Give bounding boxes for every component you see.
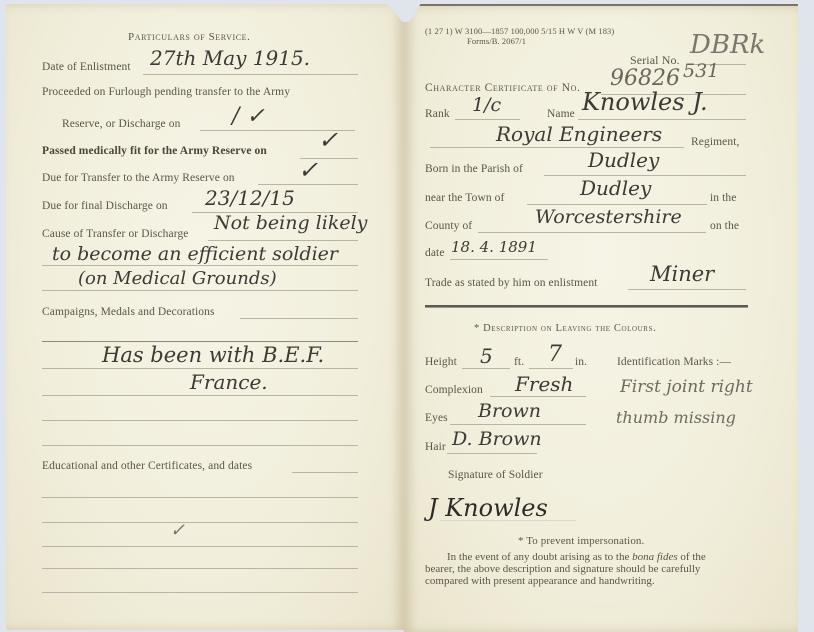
- form-reference-line-1: (1 27 1) W 3100—1857 100,000 5/15 H W V …: [425, 26, 614, 36]
- value-eyes: Brown: [478, 400, 541, 422]
- label-in: in.: [575, 356, 587, 368]
- value-certificate-extra: 531: [683, 60, 719, 82]
- footnote-italic: bona fides: [632, 551, 678, 563]
- value-trade: Miner: [650, 262, 714, 286]
- field-line: [42, 368, 358, 369]
- field-line: [42, 568, 358, 569]
- value-date-of-enlistment: 27th May 1915.: [150, 46, 310, 70]
- field-line: [42, 445, 358, 446]
- field-line: [143, 74, 358, 75]
- field-line: [208, 240, 358, 241]
- field-line: [527, 204, 707, 205]
- section-title-particulars: Particulars of Service.: [128, 31, 251, 43]
- label-date: date: [425, 247, 445, 259]
- value-cause-of-discharge: Not being likely: [214, 212, 367, 234]
- value-regiment: Royal Engineers: [496, 122, 662, 146]
- field-line: [529, 368, 573, 369]
- value-signature: J Knowles: [428, 494, 548, 522]
- field-line: [240, 318, 358, 319]
- label-complexion: Complexion: [425, 384, 483, 396]
- label-signature-of-soldier: Signature of Soldier: [448, 469, 543, 481]
- field-line: [578, 119, 746, 120]
- value-campaigns-line-2: France.: [190, 370, 268, 394]
- label-reserve-discharge: Reserve, or Discharge on: [62, 118, 180, 130]
- label-educational-certificates: Educational and other Certificates, and …: [42, 460, 252, 472]
- value-identification-marks-1: First joint right: [620, 377, 753, 397]
- label-on-the: on the: [710, 220, 739, 232]
- field-line: [462, 368, 510, 369]
- label-identification-marks: Identification Marks :—: [617, 356, 731, 368]
- value-date-of-birth: 18. 4. 1891: [451, 238, 537, 256]
- label-in-the: in the: [710, 192, 736, 204]
- value-reserve-discharge: / ✓: [232, 104, 265, 129]
- value-rank: 1/c: [472, 94, 501, 116]
- label-name: Name: [547, 108, 575, 120]
- value-county: Worcestershire: [535, 206, 682, 228]
- label-transfer-army-reserve: Due for Transfer to the Army Reserve on: [42, 172, 235, 184]
- value-height-ft: 5: [480, 344, 493, 368]
- value-cause-line-3: (on Medical Grounds): [78, 268, 277, 289]
- label-eyes: Eyes: [425, 412, 448, 424]
- label-rank: Rank: [425, 108, 450, 120]
- value-campaigns-line-1: Has been with B.E.F.: [102, 343, 324, 367]
- value-transfer-army-reserve: ✓: [298, 156, 318, 184]
- value-parish: Dudley: [588, 148, 659, 172]
- field-line: [258, 184, 358, 185]
- label-furlough: Proceeded on Furlough pending transfer t…: [42, 86, 290, 98]
- field-line: [628, 289, 746, 290]
- label-passed-medically-fit: Passed medically fit for the Army Reserv…: [42, 145, 267, 157]
- field-line: [42, 546, 358, 547]
- value-identification-marks-2: thumb missing: [616, 408, 736, 427]
- value-cause-line-2: to become an efficient soldier: [52, 243, 338, 265]
- field-line: [42, 290, 358, 291]
- value-passed-medically-fit: ✓: [318, 126, 338, 154]
- field-line: [455, 119, 520, 120]
- value-town: Dudley: [580, 176, 651, 200]
- field-line: [490, 396, 586, 397]
- field-line: [42, 522, 358, 523]
- field-line: [42, 420, 358, 421]
- label-trade: Trade as stated by him on enlistment: [425, 277, 597, 289]
- label-parish: Born in the Parish of: [425, 163, 523, 175]
- field-line: [447, 453, 537, 454]
- value-complexion: Fresh: [515, 372, 573, 396]
- field-line: [450, 424, 586, 425]
- field-line: [292, 472, 358, 473]
- label-town: near the Town of: [425, 192, 504, 204]
- field-line: [42, 592, 358, 593]
- double-rule-divider: [425, 305, 748, 308]
- label-final-discharge: Due for final Discharge on: [42, 200, 168, 212]
- value-hair: D. Brown: [452, 428, 542, 450]
- label-character-certificate: Character Certificate of No.: [425, 82, 580, 94]
- value-final-discharge: 23/12/15: [205, 186, 295, 210]
- label-height: Height: [425, 356, 457, 368]
- label-ft: ft.: [514, 356, 524, 368]
- label-campaigns-medals: Campaigns, Medals and Decorations: [42, 306, 215, 318]
- footnote-line-3: compared with present appearance and han…: [425, 575, 655, 588]
- value-name: Knowles J.: [582, 88, 708, 116]
- field-line: [42, 497, 358, 498]
- field-line: [450, 259, 548, 260]
- section-title-description: * Description on Leaving the Colours.: [474, 323, 656, 334]
- field-line: [42, 341, 358, 342]
- field-line: [42, 265, 358, 266]
- label-regiment: Regiment,: [691, 136, 740, 148]
- value-serial-no: DBRk: [690, 30, 765, 60]
- footnote-text-2: of the: [680, 551, 705, 563]
- field-line: [478, 232, 706, 233]
- field-line: [42, 395, 358, 396]
- label-hair: Hair: [425, 441, 446, 453]
- label-cause-of-discharge: Cause of Transfer or Discharge: [42, 228, 189, 240]
- label-county: County of: [425, 220, 472, 232]
- label-date-of-enlistment: Date of Enlistment: [42, 61, 131, 73]
- value-education-mark: ✓: [170, 520, 185, 541]
- value-height-in: 7: [548, 342, 562, 367]
- footnote-title: * To prevent impersonation.: [518, 535, 644, 547]
- footnote-text-1: In the event of any doubt arising as to …: [447, 551, 629, 563]
- form-reference-line-2: Forms/B. 2067/1: [467, 36, 526, 46]
